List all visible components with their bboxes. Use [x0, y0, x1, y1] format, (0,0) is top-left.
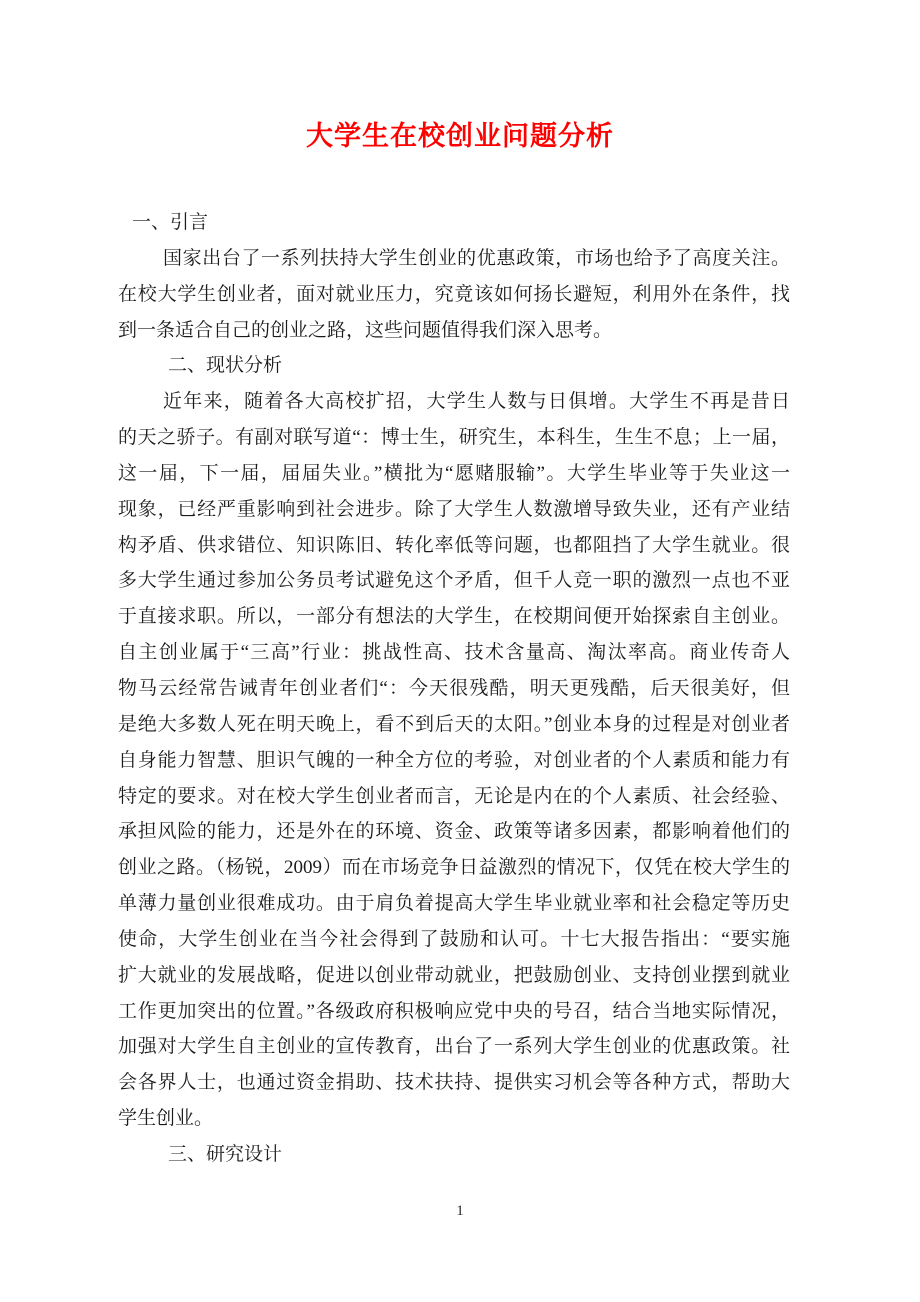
text-line: 构矛盾、供求错位、知识陈旧、转化率低等问题，也都阻挡了大学生就业。很: [118, 528, 790, 564]
text-line: 会各界人士，也通过资金捐助、技术扶持、提供实习机会等各种方式，帮助大: [118, 1065, 790, 1101]
text-line: 物马云经常告诫青年创业者们“：今天很残酷，明天更残酷，后天很美好，但: [118, 671, 790, 707]
document-body: 一、引言国家出台了一系列扶持大学生创业的优惠政策，市场也给予了高度关注。在校大学…: [118, 205, 790, 1173]
text-line: 自身能力智慧、胆识气魄的一种全方位的考验，对创业者的个人素质和能力有: [118, 743, 790, 779]
section-heading: 三、研究设计: [118, 1137, 790, 1173]
text-line: 国家出台了一系列扶持大学生创业的优惠政策，市场也给予了高度关注。: [118, 241, 790, 277]
section-heading: 二、现状分析: [118, 348, 790, 384]
text-line: 在校大学生创业者，面对就业压力，究竟该如何扬长避短，利用外在条件，找: [118, 277, 790, 313]
text-line: 使命，大学生创业在当今社会得到了鼓励和认可。十七大报告指出：“要实施: [118, 922, 790, 958]
document-title: 大学生在校创业问题分析: [0, 118, 920, 154]
text-line: 多大学生通过参加公务员考试避免这个矛盾，但千人竞一职的激烈一点也不亚: [118, 563, 790, 599]
page-footer: 1: [0, 1200, 920, 1222]
text-line: 工作更加突出的位置。”各级政府积极响应党中央的号召，结合当地实际情况，: [118, 994, 790, 1030]
text-line: 扩大就业的发展战略，促进以创业带动就业，把鼓励创业、支持创业摆到就业: [118, 958, 790, 994]
text-line: 是绝大多数人死在明天晚上，看不到后天的太阳。”创业本身的过程是对创业者: [118, 707, 790, 743]
text-line: 现象，已经严重影响到社会进步。除了大学生人数激增导致失业，还有产业结: [118, 492, 790, 528]
section-heading: 一、引言: [118, 205, 790, 241]
text-line: 近年来，随着各大高校扩招，大学生人数与日俱增。大学生不再是昔日: [118, 384, 790, 420]
text-line: 创业之路。（杨锐，2009）而在市场竞争日益激烈的情况下，仅凭在校大学生的: [118, 850, 790, 886]
text-line: 这一届，下一届，届届失业。”横批为“愿赌服输”。大学生毕业等于失业这一: [118, 456, 790, 492]
page-number: 1: [456, 1203, 464, 1219]
text-line: 于直接求职。所以，一部分有想法的大学生，在校期间便开始探索自主创业。: [118, 599, 790, 635]
text-line: 的天之骄子。有副对联写道“：博士生，研究生，本科生，生生不息；上一届，: [118, 420, 790, 456]
document-page: 大学生在校创业问题分析 一、引言国家出台了一系列扶持大学生创业的优惠政策，市场也…: [0, 0, 920, 1302]
text-line: 单薄力量创业很难成功。由于肩负着提高大学生毕业就业率和社会稳定等历史: [118, 886, 790, 922]
text-line: 承担风险的能力，还是外在的环境、资金、政策等诸多因素，都影响着他们的: [118, 814, 790, 850]
text-line: 学生创业。: [118, 1101, 790, 1137]
text-line: 到一条适合自己的创业之路，这些问题值得我们深入思考。: [118, 313, 790, 349]
text-line: 加强对大学生自主创业的宣传教育，出台了一系列大学生创业的优惠政策。社: [118, 1029, 790, 1065]
text-line: 特定的要求。对在校大学生创业者而言，无论是内在的个人素质、社会经验、: [118, 779, 790, 815]
text-line: 自主创业属于“三高”行业：挑战性高、技术含量高、淘汰率高。商业传奇人: [118, 635, 790, 671]
